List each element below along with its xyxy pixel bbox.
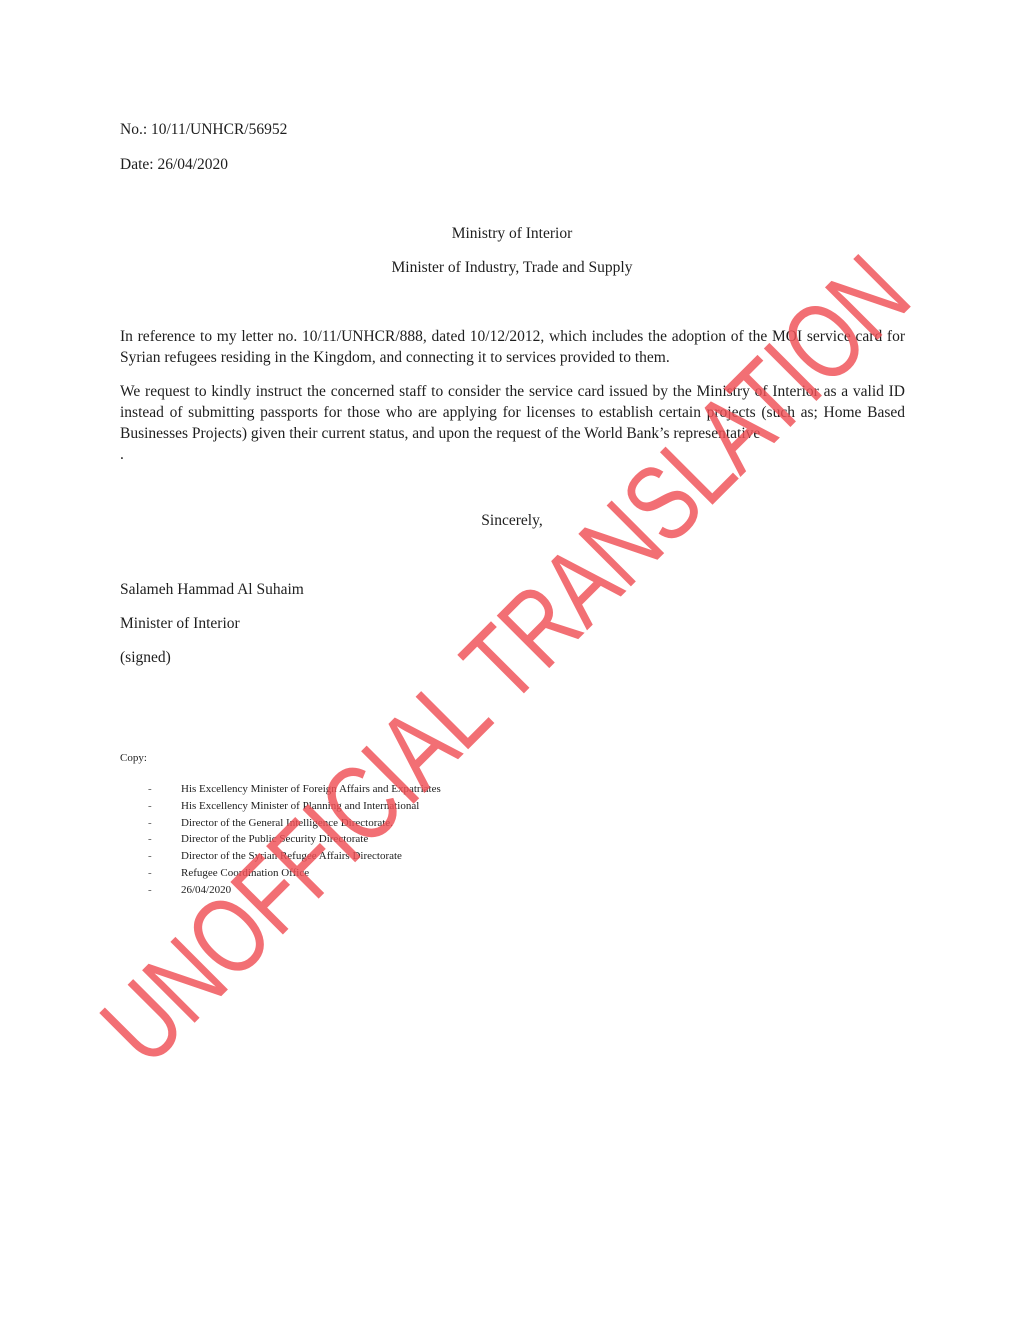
- body-paragraph-2: We request to kindly instruct the concer…: [120, 381, 905, 465]
- reference-number: No.: 10/11/UNHCR/56952: [120, 120, 287, 140]
- copy-recipient: -His Excellency Minister of Planning and…: [120, 798, 441, 815]
- bullet-dash-icon: -: [148, 798, 152, 815]
- addressee-ministry: Ministry of Interior: [0, 224, 1024, 244]
- bullet-dash-icon: -: [148, 831, 152, 848]
- signatory-title: Minister of Interior: [120, 614, 240, 634]
- bullet-dash-icon: -: [148, 882, 152, 899]
- closing: Sincerely,: [0, 511, 1024, 531]
- bullet-dash-icon: -: [148, 848, 152, 865]
- bullet-dash-icon: -: [148, 815, 152, 832]
- body-paragraph-2-text: We request to kindly instruct the concer…: [120, 383, 905, 442]
- body-paragraph-2-trailing: .: [120, 446, 124, 463]
- signature-status: (signed): [120, 648, 171, 668]
- copy-recipient: -Director of the Public Security Directo…: [120, 831, 441, 848]
- copy-recipient: -Refugee Coordination Office: [120, 865, 441, 882]
- signatory-name: Salameh Hammad Al Suhaim: [120, 580, 304, 600]
- copy-recipient: -Director of the General Intelligence Di…: [120, 815, 441, 832]
- copy-recipient: -26/04/2020: [120, 882, 441, 899]
- letter-date: Date: 26/04/2020: [120, 155, 228, 175]
- addressee-minister: Minister of Industry, Trade and Supply: [0, 258, 1024, 278]
- copy-label: Copy:: [120, 751, 147, 765]
- body-paragraph-1: In reference to my letter no. 10/11/UNHC…: [120, 326, 905, 368]
- copy-recipient: -Director of the Syrian Refugee Affairs …: [120, 848, 441, 865]
- copy-recipient-list: -His Excellency Minister of Foreign Affa…: [120, 781, 441, 899]
- copy-recipient: -His Excellency Minister of Foreign Affa…: [120, 781, 441, 798]
- letter-page: No.: 10/11/UNHCR/56952 Date: 26/04/2020 …: [0, 0, 1024, 1325]
- bullet-dash-icon: -: [148, 865, 152, 882]
- bullet-dash-icon: -: [148, 781, 152, 798]
